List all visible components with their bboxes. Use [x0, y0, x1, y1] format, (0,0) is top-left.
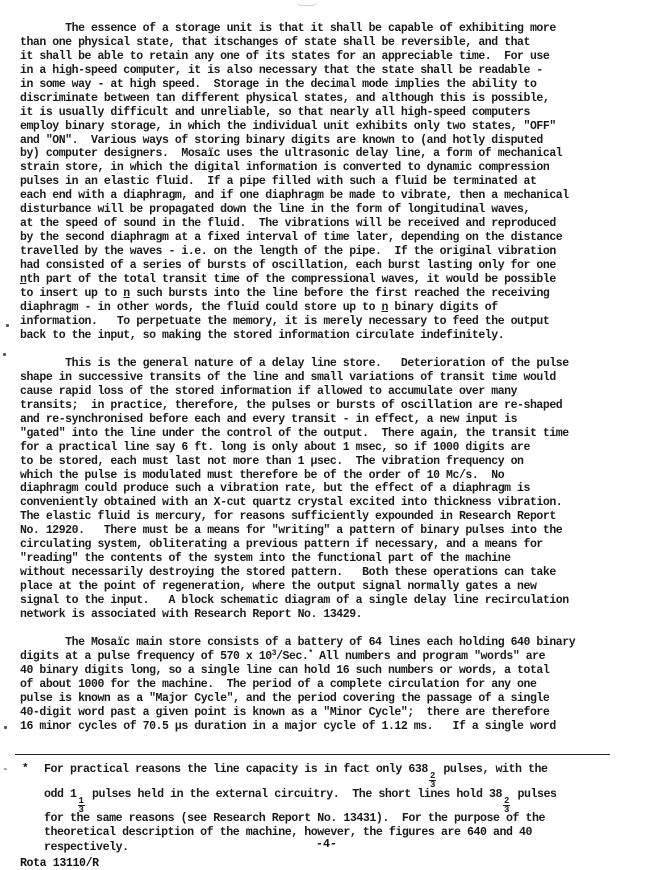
text-line: diaphragm could produce such a vibration… — [20, 482, 620, 496]
text-line: travelled by the waves - i.e. on the len… — [20, 245, 620, 259]
text-line: without necessarily destroying the store… — [20, 566, 620, 580]
text-line: to be stored, each must last not more th… — [20, 455, 620, 469]
footnote-line: odd 113 pulses held in the external circ… — [44, 788, 557, 814]
text-line: The elastic fluid is mercury, for reason… — [20, 510, 620, 524]
text-line: it is usually difficult and unreliable, … — [20, 106, 620, 120]
page-number: -4- — [316, 838, 337, 851]
text-line: to insert up to n such bursts into the l… — [20, 287, 620, 301]
text-line: No. 12920. There must be a means for "wr… — [20, 524, 620, 538]
margin-mark — [4, 726, 7, 729]
text-line: strain store, in which the digital infor… — [20, 161, 620, 175]
footnote-divider — [15, 754, 610, 755]
fraction: 23 — [429, 772, 436, 789]
text-line: 40-digit word past a given point is know… — [20, 706, 620, 720]
text-line: signal to the input. A block schematic d… — [20, 594, 620, 608]
text-line: "reading" the contents of the system int… — [20, 552, 620, 566]
text-line: cause rapid loss of the stored informati… — [20, 385, 620, 399]
text-line: 40 binary digits long, so a single line … — [20, 664, 620, 678]
text-line: and "ON". Various ways of storing binary… — [20, 134, 620, 148]
footnote-marker: * — [22, 763, 29, 775]
scan-artifact — [296, 0, 318, 6]
text-line: digits at a pulse frequency of 570 x 103… — [20, 650, 620, 664]
variable-n: n — [20, 273, 26, 286]
text-line: at the speed of sound in the fluid. The … — [20, 217, 620, 231]
text-line: in some way - at high speed. Storage in … — [20, 78, 620, 92]
text-fragment: All numbers and program "words" are — [313, 650, 545, 663]
variable-n: n — [123, 287, 129, 300]
text-line: employ binary storage, in which the indi… — [20, 120, 620, 134]
footnote-line: for the same reasons (see Research Repor… — [44, 812, 545, 825]
text-line: The Mosaïc main store consists of a batt… — [20, 636, 620, 650]
paragraph-mosaic-main-store: The Mosaïc main store consists of a batt… — [20, 636, 625, 734]
text-line: nth part of the total transit time of th… — [20, 273, 620, 287]
text-line: each end with a diaphragm, and if one di… — [20, 189, 620, 203]
text-line: shape in successive transits of the line… — [20, 371, 620, 385]
paragraph-delay-line-store: This is the general nature of a delay li… — [20, 357, 625, 622]
footnote-line: For practical reasons the line capacity … — [44, 763, 548, 789]
text-fragment: For practical reasons the line capacity … — [44, 763, 428, 776]
text-line: The essence of a storage unit is that it… — [20, 22, 620, 36]
text-line: pulse is known as a "Major Cycle", and t… — [20, 692, 620, 706]
footnote-line: respectively. — [44, 841, 129, 854]
text-line: diaphragm - in other words, the fluid co… — [20, 301, 620, 315]
text-line: This is the general nature of a delay li… — [20, 357, 620, 371]
text-fragment: odd 1 — [44, 788, 77, 801]
text-line: network is associated with Research Repo… — [20, 608, 620, 622]
text-line: place at the point of regeneration, wher… — [20, 580, 620, 594]
text-line: in a high-speed computer, it is also nec… — [20, 64, 620, 78]
text-line: 16 minor cycles of 70.5 μs duration in a… — [20, 720, 620, 734]
margin-dash: - — [2, 764, 9, 776]
margin-mark — [3, 353, 6, 356]
text-fragment: pulses, with the — [437, 763, 548, 776]
text-line: and re-synchronised before each and ever… — [20, 413, 620, 427]
text-line: for a practical line say 6 ft. long is o… — [20, 441, 620, 455]
document-reference: Rota 13110/R — [20, 857, 99, 870]
text-line: by the second diaphragm at a fixed inter… — [20, 231, 620, 245]
document-page: The essence of a storage unit is that it… — [0, 0, 650, 870]
text-fragment: pulses — [511, 788, 557, 801]
margin-mark — [6, 324, 9, 327]
text-line: transits; in practice, therefore, the pu… — [20, 399, 620, 413]
variable-n: n — [382, 301, 388, 314]
text-line: pulses in an elastic fluid. If a pipe fi… — [20, 175, 620, 189]
text-line: back to the input, so making the stored … — [20, 329, 620, 343]
text-line: than one physical state, that itschanges… — [20, 36, 620, 50]
text-fragment: pulses held in the external circuitry. T… — [86, 788, 502, 801]
text-line: disturbance will be propagated down the … — [20, 203, 620, 217]
text-line: information. To perpetuate the memory, i… — [20, 315, 620, 329]
footnote-line: theoretical description of the machine, … — [44, 826, 532, 839]
text-line: "gated" into the line under the control … — [20, 427, 620, 441]
text-fragment: digits at a pulse frequency of 570 x 10 — [20, 650, 272, 663]
text-line: it shall be able to retain any one of it… — [20, 50, 620, 64]
paragraph-storage-essence: The essence of a storage unit is that it… — [20, 22, 625, 343]
text-line: of about 1000 for the machine. The perio… — [20, 678, 620, 692]
text-line: had consisted of a series of bursts of o… — [20, 259, 620, 273]
text-line: discriminate between tan different physi… — [20, 92, 620, 106]
text-line: conveniently obtained with an X-cut quar… — [20, 496, 620, 510]
text-line: which the pulse is modulated must theref… — [20, 469, 620, 483]
text-fragment: /Sec. — [276, 650, 308, 663]
text-line: circulating system, obliterating a previ… — [20, 538, 620, 552]
text-line: by) computer designers. Mosaïc uses the … — [20, 147, 620, 161]
